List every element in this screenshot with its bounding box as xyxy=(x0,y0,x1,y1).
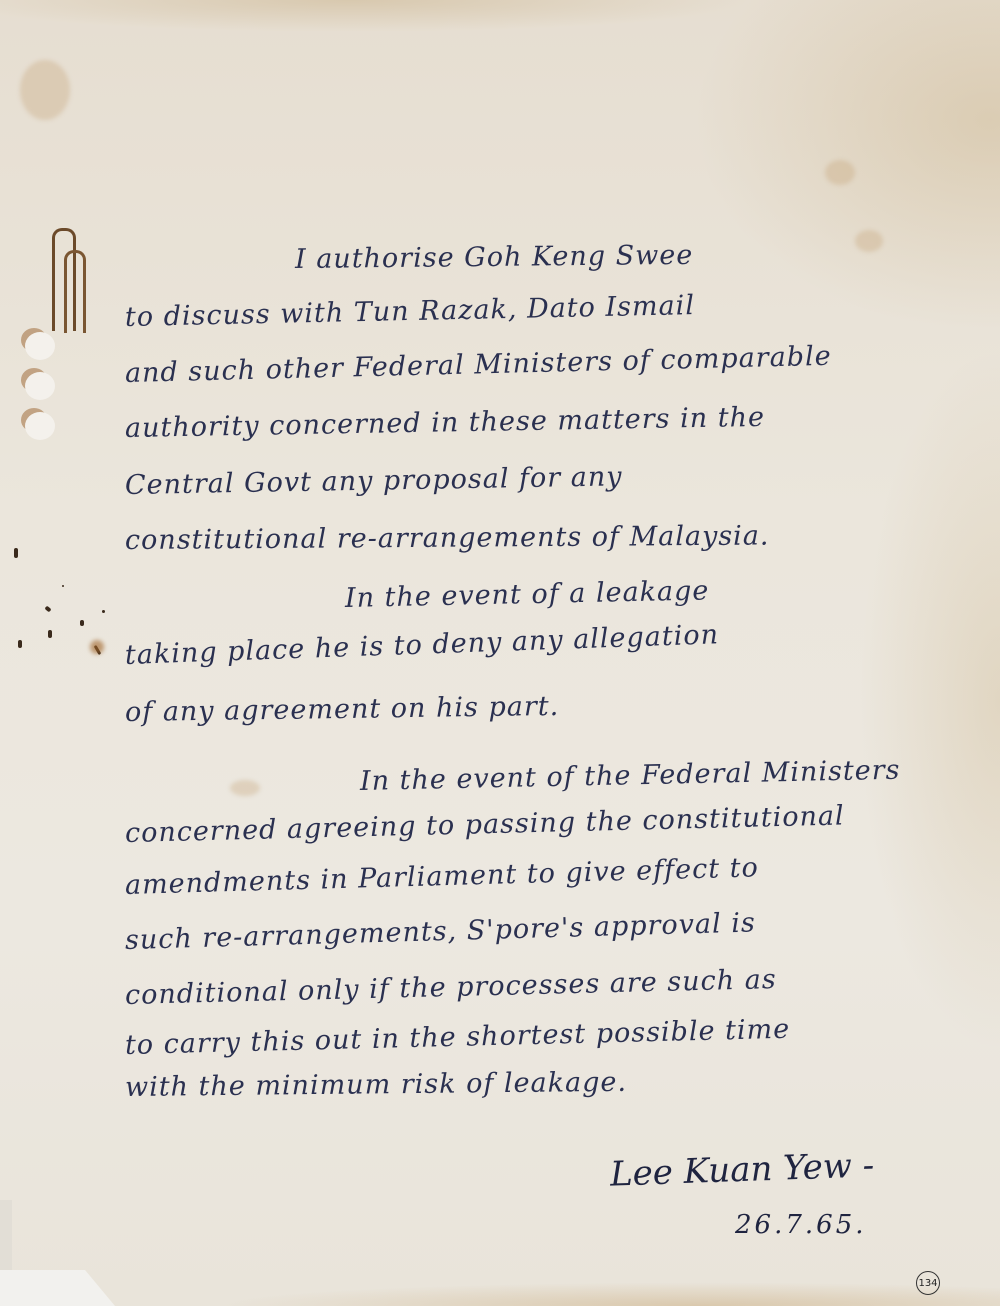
ink-speck xyxy=(102,610,105,613)
ink-speck xyxy=(18,640,22,648)
letter-line: with the minimum risk of leakage. xyxy=(125,1067,627,1103)
ink-speck xyxy=(62,585,64,587)
stain-brown-dot xyxy=(90,640,104,654)
folio-number: 134 xyxy=(916,1271,940,1295)
ink-speck xyxy=(14,548,18,558)
date: 26.7.65. xyxy=(735,1210,867,1240)
punch-hole-1 xyxy=(25,332,55,360)
ink-speck xyxy=(48,630,52,638)
mount-edge xyxy=(0,1200,12,1280)
paperclip-mark-inner xyxy=(64,250,86,333)
stain-mid xyxy=(230,780,260,796)
letter-line: I authorise Goh Keng Swee xyxy=(295,240,694,275)
stain-right-1 xyxy=(825,160,855,185)
punch-hole-3 xyxy=(25,412,55,440)
ink-speck xyxy=(80,620,84,626)
punch-hole-2 xyxy=(25,372,55,400)
letter-line: constitutional re-arrangements of Malays… xyxy=(125,521,770,556)
letter-line: of any agreement on his part. xyxy=(125,691,560,728)
stain-top-left xyxy=(20,60,70,120)
stain-right-2 xyxy=(855,230,883,252)
